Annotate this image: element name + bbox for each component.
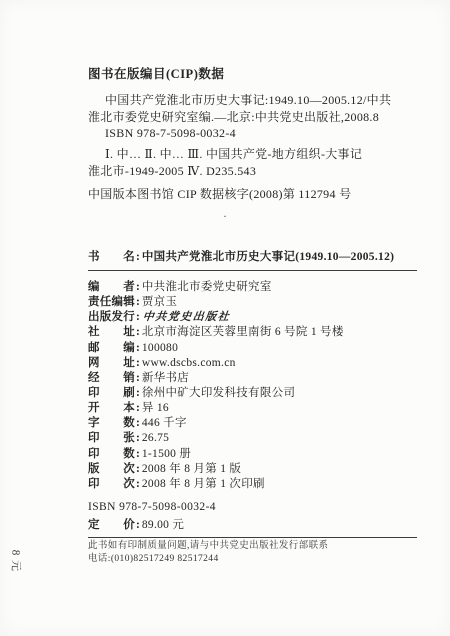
book-info-row: 印张:26.75 [88,429,418,444]
separator-dot: · [0,209,450,224]
book-info-rows: 编者:中共淮北市委党史研究室责任编辑:贾京玉出版发行:中共党史出版社社址:北京市… [88,278,418,490]
book-info-row: 邮编:100080 [88,339,418,354]
row-colon: : [135,519,142,531]
row-label: 版次 [88,460,135,476]
row-colon: : [135,251,142,263]
row-label: 出版发行 [88,308,135,324]
row-colon: : [135,357,142,369]
row-label: 印次 [88,475,135,491]
page-edge-artifact: 8 元 [6,546,24,572]
cip-heading: 图书在版编目(CIP)数据 [88,66,420,83]
row-label: 印数 [88,445,135,461]
row-colon: : [135,372,142,384]
row-colon: : [135,342,142,354]
row-colon: : [135,478,142,490]
cip-data-section: 图书在版编目(CIP)数据 中国共产党淮北市历史大事记:1949.10—2005… [88,66,420,203]
cip-record-number: 中国版本图书馆 CIP 数据核字(2008)第 112794 号 [88,186,420,203]
row-value: 1-1500 册 [142,445,418,461]
row-colon: : [135,296,142,308]
book-info-row: 印数:1-1500 册 [88,445,418,460]
row-colon: : [135,311,142,323]
row-label: 编者 [88,278,135,294]
price-value: 89.00 元 [142,516,418,532]
row-value: 2008 年 8 月第 1 次印刷 [142,475,418,491]
row-label: 社址 [88,323,135,339]
row-value: 中共淮北市委党史研究室 [142,278,418,294]
notice-text: 此书如有印制质量问题,请与中共党史出版社发行部联系 [88,540,418,553]
quality-notice: 此书如有印制质量问题,请与中共党史出版社发行部联系 电话:(010)825172… [88,540,418,566]
row-colon: : [135,448,142,460]
row-colon: : [135,463,142,475]
row-colon: : [135,387,142,399]
row-colon: : [135,326,142,338]
row-value: 100080 [142,342,418,354]
row-value: 贾京玉 [142,293,418,309]
row-value: 2008 年 8 月第 1 版 [142,460,418,476]
row-colon: : [135,281,142,293]
row-value: 徐州中矿大印发科技有限公司 [142,384,418,400]
price-row: 定价:89.00 元 [88,516,418,531]
book-info-row: 出版发行:中共党史出版社 [88,308,418,323]
book-info-row: 印刷:徐州中矿大印发科技有限公司 [88,384,418,399]
cip-classification-line1: Ⅰ. 中… Ⅱ. 中… Ⅲ. 中国共产党-地方组织-大事记 [88,146,420,163]
row-label: 印刷 [88,384,135,400]
row-value: 26.75 [142,432,418,444]
artifact-bottom: 元 [8,556,22,575]
isbn-line: ISBN 978-7-5098-0032-4 [88,501,418,516]
book-info-row: 经销:新华书店 [88,369,418,384]
cip-description-line1: 中国共产党淮北市历史大事记:1949.10—2005.12/中共 [88,92,420,109]
cip-classification-line2: 淮北市-1949-2005 Ⅳ. D235.543 [88,163,420,180]
book-info-row: 编者:中共淮北市委党史研究室 [88,278,418,293]
book-info-row: 社址:北京市海淀区芙蓉里南街 6 号院 1 号楼 [88,323,418,338]
cip-description-line2: 淮北市委党史研究室编.—北京:中共党史出版社,2008.8 [88,109,420,126]
cip-isbn: ISBN 978-7-5098-0032-4 [88,125,420,142]
row-value: 北京市海淀区芙蓉里南街 6 号院 1 号楼 [142,323,418,339]
row-label: 书名 [88,248,135,264]
row-colon: : [135,417,142,429]
book-info-row: 印次:2008 年 8 月第 1 次印刷 [88,475,418,490]
row-label: 开本 [88,399,135,415]
book-title-value: 中国共产党淮北市历史大事记(1949.10—2005.12) [142,248,418,264]
row-label: 网址 [88,354,135,370]
row-label: 定价 [88,516,135,532]
book-info-row: 开本:异 16 [88,399,418,414]
publication-info-section: 书名:中国共产党淮北市历史大事记(1949.10—2005.12) 编者:中共淮… [88,248,418,538]
row-value: 异 16 [142,399,418,415]
phone-text: 电话:(010)82517249 82517244 [88,553,418,566]
book-copyright-page: 图书在版编目(CIP)数据 中国共产党淮北市历史大事记:1949.10—2005… [0,0,450,636]
row-value: 新华书店 [142,369,418,385]
book-title-row: 书名:中国共产党淮北市历史大事记(1949.10—2005.12) [88,248,418,265]
row-label: 经销 [88,369,135,385]
row-colon: : [135,402,142,414]
row-colon: : [135,432,142,444]
divider-bottom [88,537,417,538]
book-info-row: 责任编辑:贾京玉 [88,293,418,308]
book-info-row: 字数:446 千字 [88,414,418,429]
row-value: www.dscbs.com.cn [142,357,418,369]
row-label: 字数 [88,414,135,430]
book-info-row: 版次:2008 年 8 月第 1 版 [88,460,418,475]
divider-top [88,270,417,271]
row-value: 中共党史出版社 [142,308,420,324]
row-label: 印张 [88,429,135,445]
book-info-row: 网址:www.dscbs.com.cn [88,354,418,369]
row-value: 446 千字 [142,414,418,430]
row-label: 邮编 [88,339,135,355]
row-label: 责任编辑 [88,293,135,309]
